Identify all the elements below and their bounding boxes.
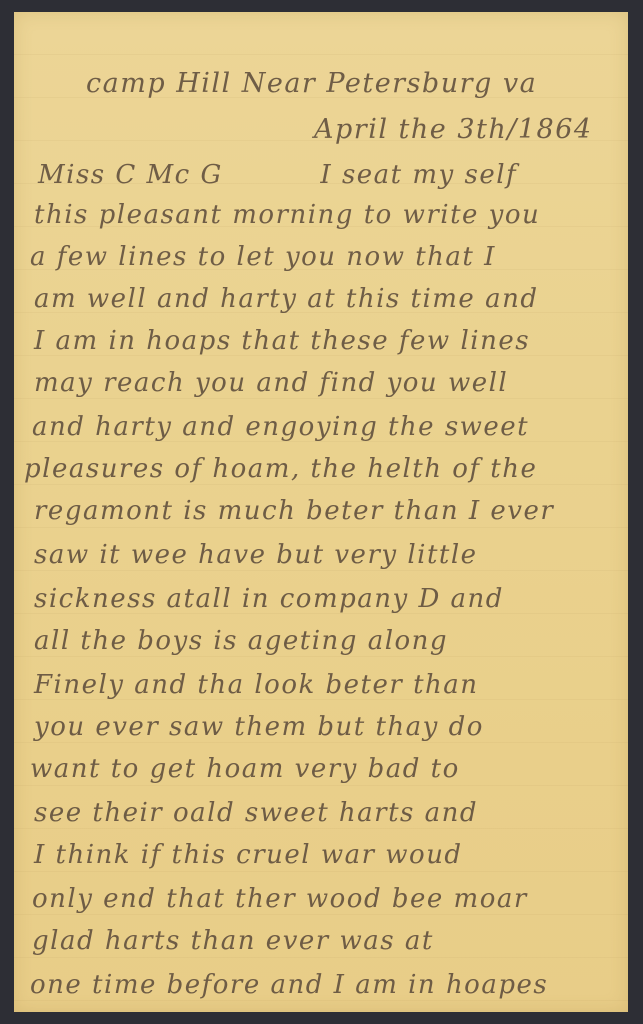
letter-line: may reach you and find you well	[34, 370, 508, 396]
letter-line: am well and harty at this time and	[34, 286, 538, 312]
letter-place-heading: camp Hill Near Petersburg va	[86, 70, 537, 97]
letter-line: I am in hoaps that these few lines	[34, 328, 530, 354]
letter-line: pleasures of hoam, the helth of the	[24, 456, 537, 482]
letter-line: see their oald sweet harts and	[34, 800, 478, 826]
letter-line: I think if this cruel war woud	[34, 842, 463, 868]
letter-date: April the 3th/1864	[314, 116, 593, 143]
letter-line: sickness atall in company D and	[34, 586, 504, 612]
letter-line: one time before and I am in hoapes	[30, 972, 548, 998]
letter-line-salutation: Miss C Mc G I seat my self	[38, 162, 517, 188]
letter-line: this pleasant morning to write you	[34, 202, 540, 228]
letter-line: Finely and tha look beter than	[34, 672, 479, 698]
letter-page: camp Hill Near Petersburg va April the 3…	[14, 12, 628, 1012]
letter-line: regamont is much beter than I ever	[34, 498, 554, 524]
letter-line: want to get hoam very bad to	[30, 756, 460, 782]
letter-line: all the boys is ageting along	[34, 628, 448, 654]
letter-line: only end that ther wood bee moar	[32, 886, 528, 912]
letter-line: and harty and engoying the sweet	[32, 414, 529, 440]
letter-line: saw it wee have but very little	[34, 542, 478, 568]
letter-line: glad harts than ever was at	[32, 928, 434, 954]
letter-line: a few lines to let you now that I	[30, 244, 496, 270]
letter-line: you ever saw them but thay do	[34, 714, 484, 740]
